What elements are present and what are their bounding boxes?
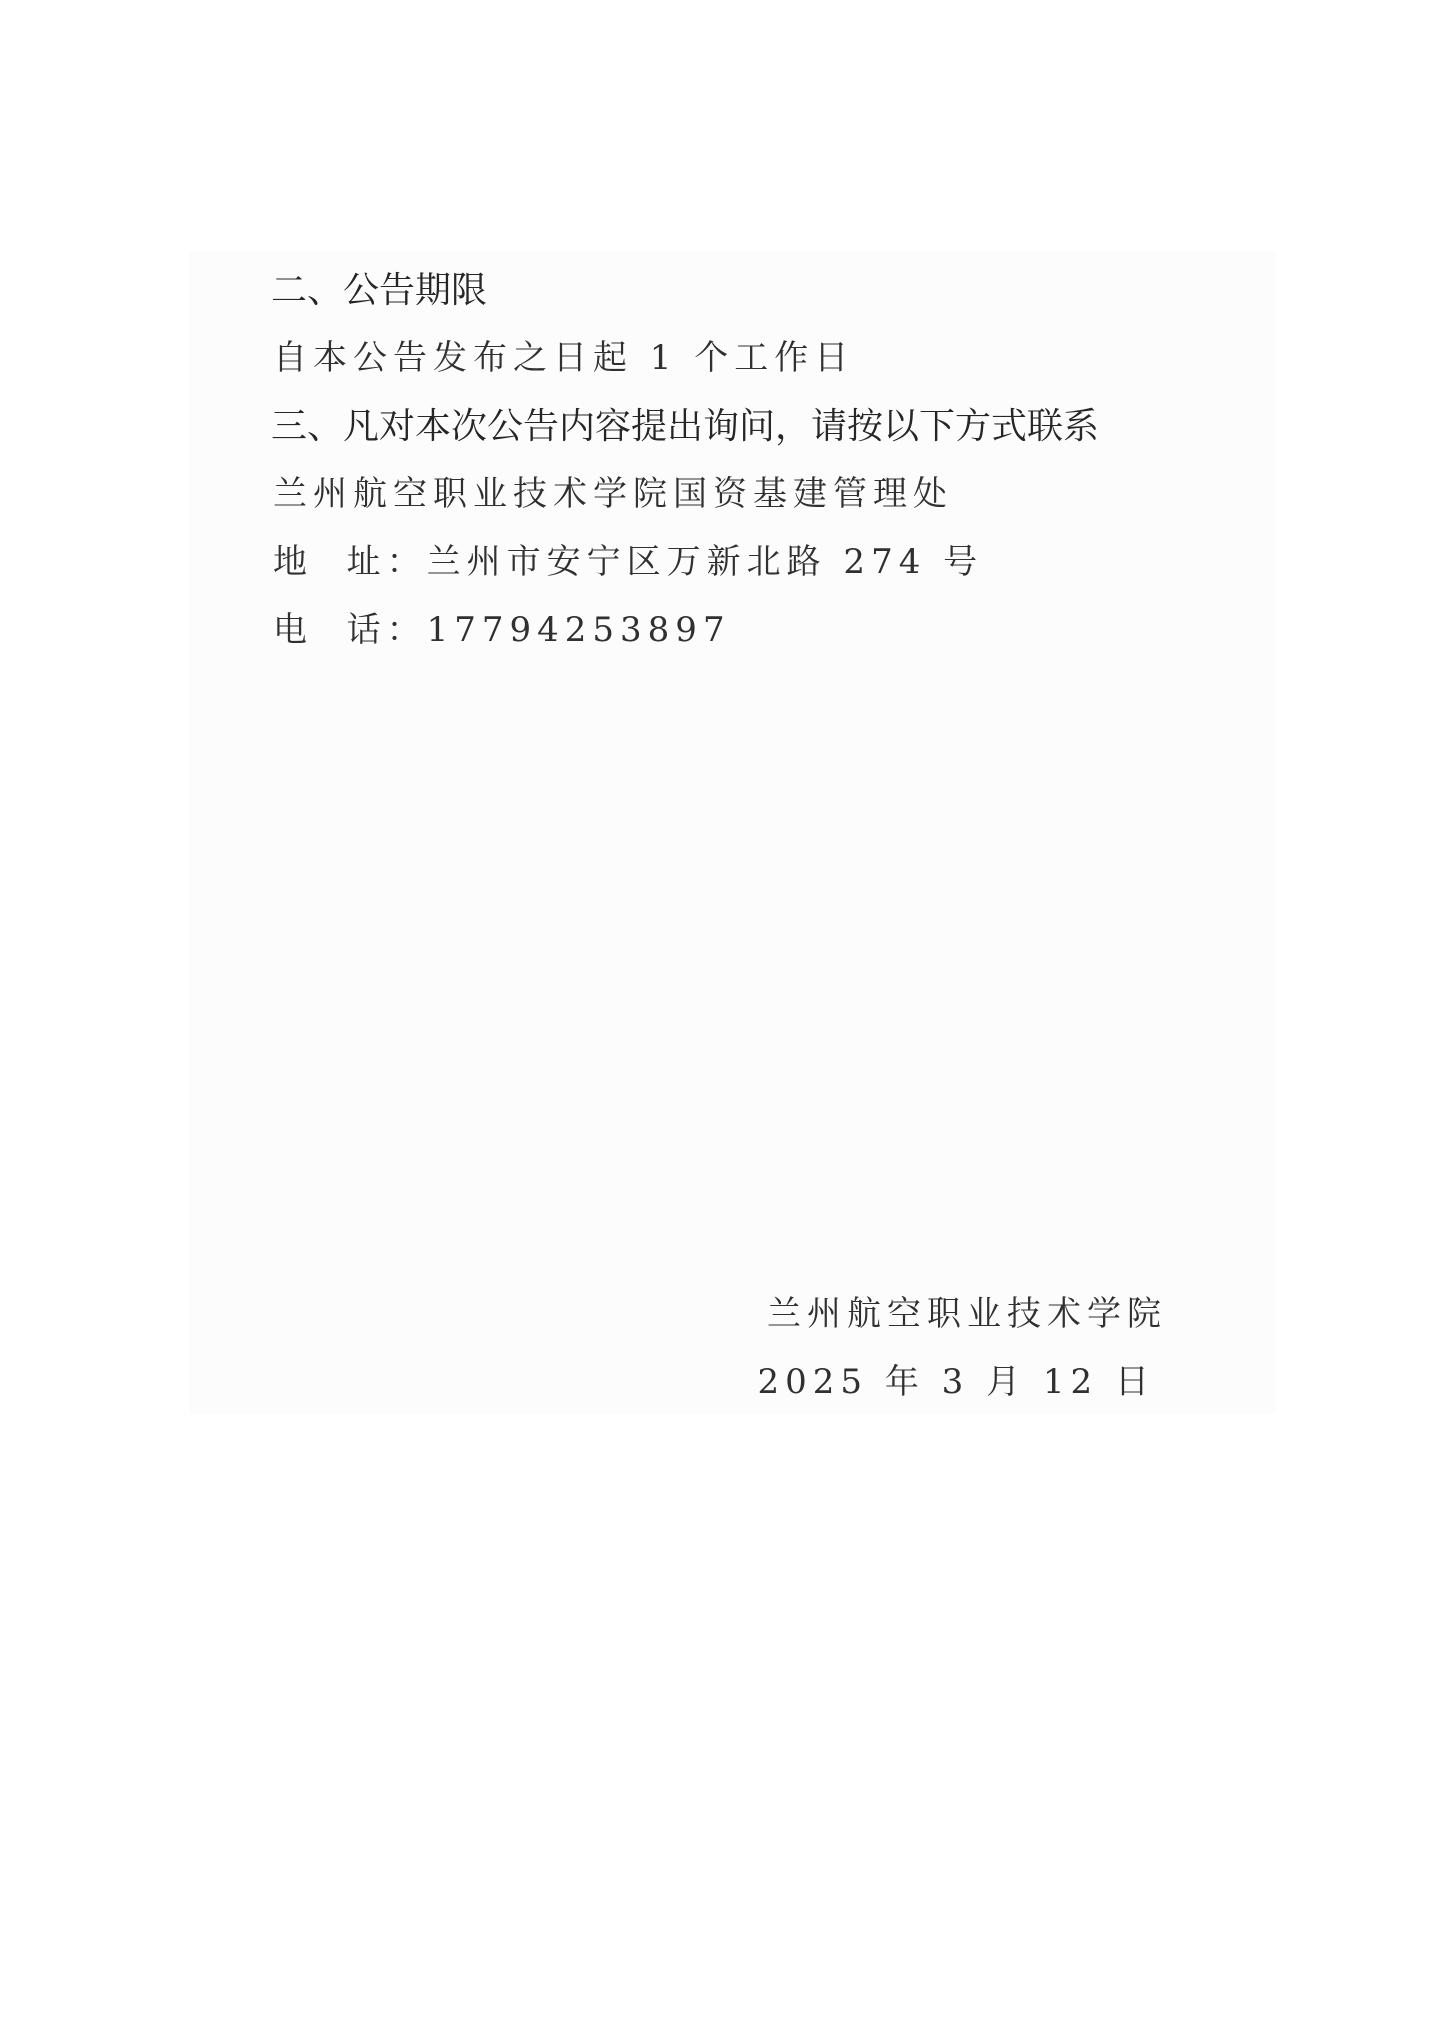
section-2-heading: 二、公告期限 [271, 262, 487, 313]
section-3-heading: 三、凡对本次公告内容提出询问，请按以下方式联系 [271, 398, 1099, 449]
contact-address: 地 址：兰州市安宁区万新北路 274 号 [273, 534, 983, 583]
phone-label: 电 话： [273, 610, 427, 650]
signature-date: 2025 年 3 月 12 日 [758, 1354, 1155, 1403]
contact-department: 兰州航空职业技术学院国资基建管理处 [273, 466, 953, 515]
address-label: 地 址： [273, 542, 427, 582]
signature-organization: 兰州航空职业技术学院 [767, 1286, 1167, 1335]
section-2-body: 自本公告发布之日起 1 个工作日 [273, 330, 854, 379]
contact-phone: 电 话：17794253897 [273, 602, 731, 651]
phone-value: 17794253897 [427, 610, 731, 650]
address-value: 兰州市安宁区万新北路 274 号 [427, 542, 984, 582]
